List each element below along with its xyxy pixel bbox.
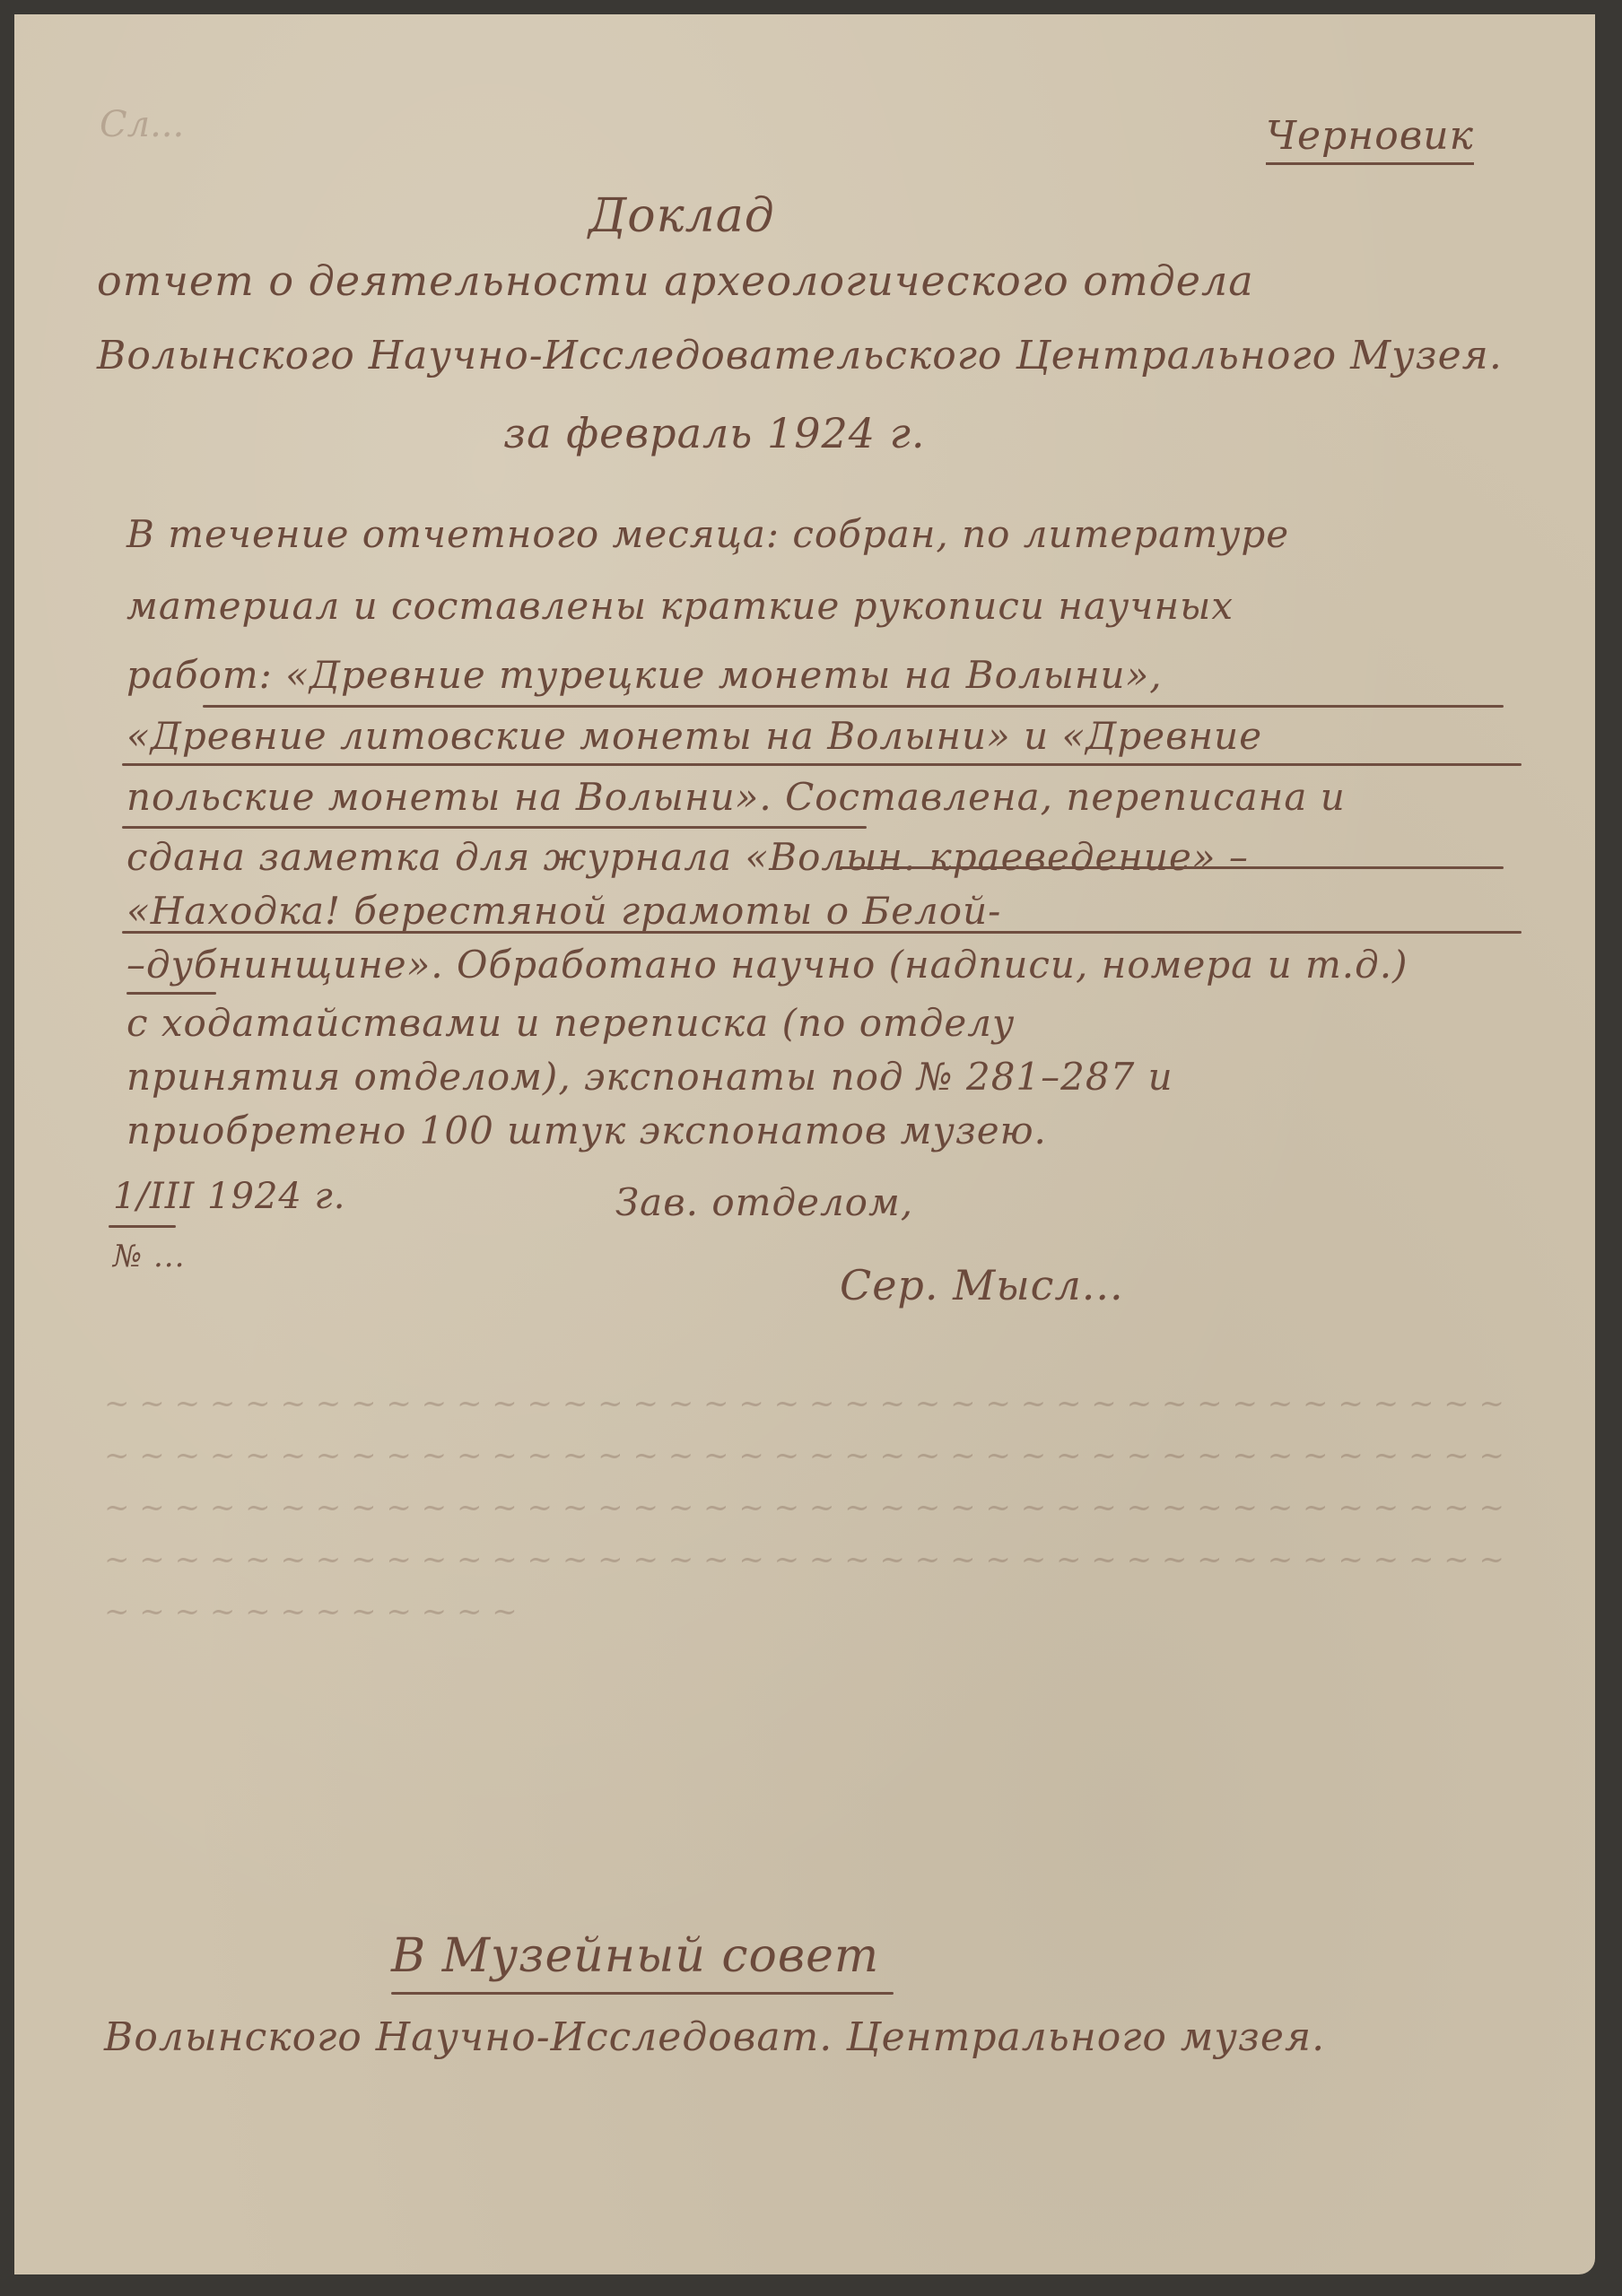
body-line-6: сдана заметка для журнала «Волын. краеве… <box>126 835 1249 879</box>
underline <box>203 705 1504 708</box>
body-line-5: польские монеты на Волыни». Составлена, … <box>126 775 1346 819</box>
signature: Сер. Мысл... <box>840 1261 1124 1309</box>
underline <box>126 992 216 995</box>
body-line-4: «Древние литовские монеты на Волыни» и «… <box>126 714 1262 758</box>
body-line-9: с ходатайствами и переписка (по отделу <box>126 1001 1015 1045</box>
subtitle-line-3: за февраль 1924 г. <box>503 409 926 457</box>
underline <box>122 931 1522 934</box>
date-divider <box>109 1225 176 1228</box>
document-title: Доклад <box>589 189 775 243</box>
underline <box>840 866 1504 869</box>
body-line-10: принятия отделом), экспонаты под № 281–2… <box>126 1055 1173 1099</box>
underline <box>122 763 1522 766</box>
body-line-2: материал и составлены краткие рукописи н… <box>126 584 1234 628</box>
subtitle-line-1: отчет о деятельности археологического от… <box>97 257 1254 305</box>
underline <box>122 826 867 829</box>
body-line-8: –дубнинщине». Обработано научно (надписи… <box>126 943 1408 987</box>
body-line-3: работ: «Древние турецкие монеты на Волын… <box>126 653 1163 697</box>
draft-mark: Черновик <box>1266 113 1474 165</box>
document-date: 1/III 1924 г. <box>113 1176 345 1217</box>
body-line-1: В течение отчетного месяца: собран, по л… <box>126 512 1289 556</box>
addressee-line-1: В Музейный совет <box>391 1929 879 1983</box>
corner-mark: Сл... <box>100 104 184 145</box>
body-line-7: «Находка! берестяной грамоты о Белой- <box>126 889 1001 933</box>
outgoing-number: № ... <box>113 1239 185 1274</box>
body-line-11: приобретено 100 штук экспонатов музею. <box>126 1109 1047 1152</box>
signature-title: Зав. отделом, <box>615 1180 913 1224</box>
bleed-through-text: ~ ~ ~ ~ ~ ~ ~ ~ ~ ~ ~ ~ ~ ~ ~ ~ ~ ~ ~ ~ … <box>104 1378 1539 1638</box>
addressee-underline <box>391 1992 894 1995</box>
subtitle-line-2: Волынского Научно-Исследовательского Цен… <box>97 333 1503 378</box>
addressee-line-2: Волынского Научно-Исследоват. Центрально… <box>104 2014 1325 2060</box>
document-page: Сл... Черновик Доклад отчет о деятельнос… <box>14 14 1595 2274</box>
